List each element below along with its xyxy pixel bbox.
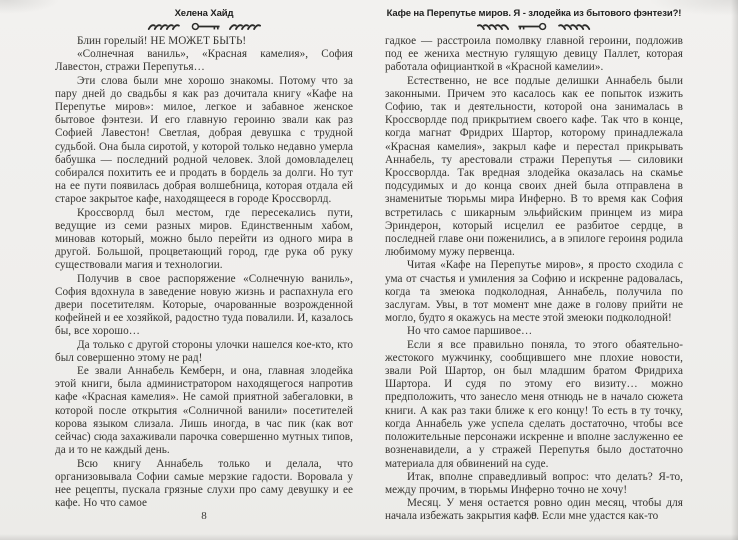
paragraph: Если я все правильно поняла, то этого об… — [385, 339, 683, 471]
paragraph: Эти слова были мне хорошо знакомы. Потом… — [55, 75, 353, 207]
scan-edge-shadow — [731, 0, 738, 540]
book-spread: Хелена Хайд Блин г — [0, 0, 738, 540]
running-header-title: Кафе на Перепутье миров. Я - злодейка из… — [385, 8, 683, 20]
paragraph: Получив в свое распоряжение «Солнечную в… — [55, 273, 353, 339]
scan-edge-shadow — [0, 534, 738, 540]
paragraph: Ее звали Аннабель Кемберн, и она, главна… — [55, 365, 353, 457]
paragraph: гадкое — расстроила помолвку главной гер… — [385, 35, 683, 75]
paragraph: Кроссворлд был местом, где пересекались … — [55, 207, 353, 273]
running-header-author: Хелена Хайд — [55, 8, 353, 20]
page-body-text: гадкое — расстроила помолвку главной гер… — [385, 35, 683, 524]
paragraph: «Солнечная ваниль», «Красная камелия», С… — [55, 48, 353, 74]
page-number: 9 — [385, 510, 683, 522]
key-ornament-divider-icon — [147, 21, 261, 32]
page-left: Хелена Хайд Блин г — [55, 8, 353, 532]
paragraph: Читая «Кафе на Перепутье миров», я прост… — [385, 259, 683, 325]
paragraph: Естественно, не все подлые делишки Аннаб… — [385, 75, 683, 260]
page-body-text: Блин горелый! НЕ МОЖЕТ БЫТЬ!«Солнечная в… — [55, 35, 353, 510]
paragraph: Блин горелый! НЕ МОЖЕТ БЫТЬ! — [55, 35, 353, 48]
page-right: Кафе на Перепутье миров. Я - злодейка из… — [385, 8, 683, 532]
page-number: 8 — [55, 510, 353, 522]
key-ornament-divider-icon — [477, 21, 591, 32]
paragraph: Всю книгу Аннабель только и делала, что … — [55, 458, 353, 511]
paragraph: Но что самое паршивое… — [385, 325, 683, 338]
paragraph: Да только с другой стороны улочки нашелс… — [55, 339, 353, 365]
paragraph: Итак, вполне справедливый вопрос: что де… — [385, 471, 683, 497]
scan-smudge — [0, 0, 60, 14]
